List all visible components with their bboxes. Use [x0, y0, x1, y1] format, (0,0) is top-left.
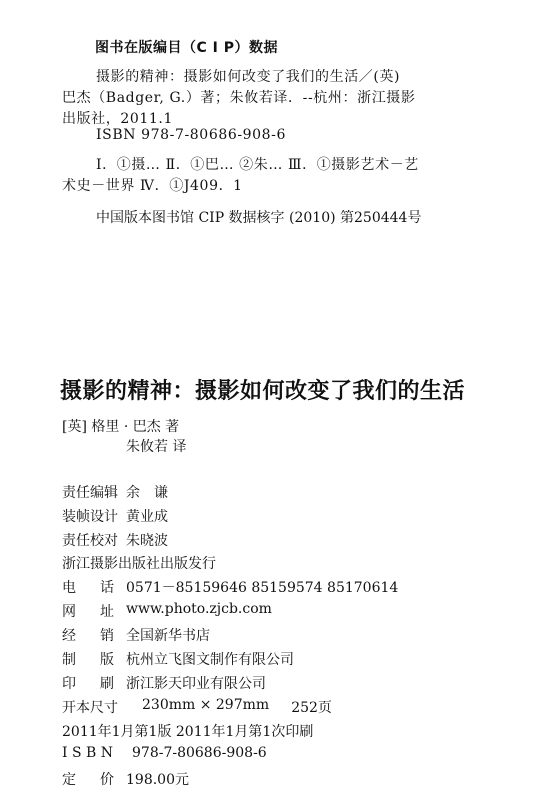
price-value: 198.00元	[126, 769, 189, 789]
credit-row-editor: 责任编辑 余 谦	[62, 482, 168, 502]
phone-value: 0571－85159646 85159574 85170614	[126, 577, 398, 597]
credit-label: 责任校对	[62, 530, 126, 550]
publisher-line: 浙江摄影出版社出版发行	[62, 553, 216, 573]
printing-value: 浙江影天印业有限公司	[126, 673, 266, 693]
detail-row-phone: 电话 0571－85159646 85159574 85170614	[62, 577, 398, 597]
credit-value: 朱晓波	[126, 530, 168, 550]
book-title: 摄影的精神：摄影如何改变了我们的生活	[60, 374, 465, 405]
format-size: 230mm × 297mm	[142, 697, 269, 717]
credit-label: 责任编辑	[62, 482, 126, 502]
website-value: www.photo.zjcb.com	[126, 601, 272, 621]
detail-row-distributor: 经销 全国新华书店	[62, 625, 210, 645]
cip-line-author: 巴杰（Badger, G.）著；朱攸若译．--杭州：浙江摄影	[62, 87, 416, 107]
cip-line-publisher: 出版社，2011.1	[62, 108, 173, 128]
page-count: 252页	[291, 697, 332, 717]
detail-row-printing: 印刷 浙江影天印业有限公司	[62, 673, 266, 693]
author-line: [英] 格里 · 巴杰 著	[62, 416, 179, 436]
cip-heading: 图书在版编目（C I P）数据	[95, 37, 278, 57]
credit-value: 黄业成	[126, 506, 168, 526]
cip-line-title: 摄影的精神：摄影如何改变了我们的生活／(英)	[96, 66, 400, 86]
format-row: 开本尺寸 230mm × 297mm 252页	[62, 697, 332, 717]
cip-line-classification: Ⅰ．①摄… Ⅱ．①巴… ②朱… Ⅲ．①摄影艺术－艺	[96, 154, 419, 174]
isbn-value: 978-7-80686-908-6	[132, 745, 267, 761]
credit-label: 装帧设计	[62, 506, 126, 526]
edition-line: 2011年1月第1版 2011年1月第1次印刷	[62, 721, 313, 741]
credit-row-designer: 装帧设计 黄业成	[62, 506, 168, 526]
credit-value: 余 谦	[126, 482, 168, 502]
distributor-value: 全国新华书店	[126, 625, 210, 645]
isbn-row: I S B N 978-7-80686-908-6	[62, 745, 267, 761]
translator-line: 朱攸若 译	[126, 436, 186, 456]
detail-row-plate-making: 制版 杭州立飞图文制作有限公司	[62, 649, 294, 669]
cip-line-isbn: ISBN 978-7-80686-908-6	[96, 127, 286, 143]
credit-row-proofreader: 责任校对 朱晓波	[62, 530, 168, 550]
cip-line-record-number: 中国版本图书馆 CIP 数据核字 (2010) 第250444号	[96, 207, 421, 227]
plate-making-value: 杭州立飞图文制作有限公司	[126, 649, 294, 669]
price-row: 定价 198.00元	[62, 769, 189, 789]
detail-row-website: 网址 www.photo.zjcb.com	[62, 601, 272, 621]
cip-line-classification-cont: 术史－世界 Ⅳ．①J409．1	[62, 175, 243, 195]
